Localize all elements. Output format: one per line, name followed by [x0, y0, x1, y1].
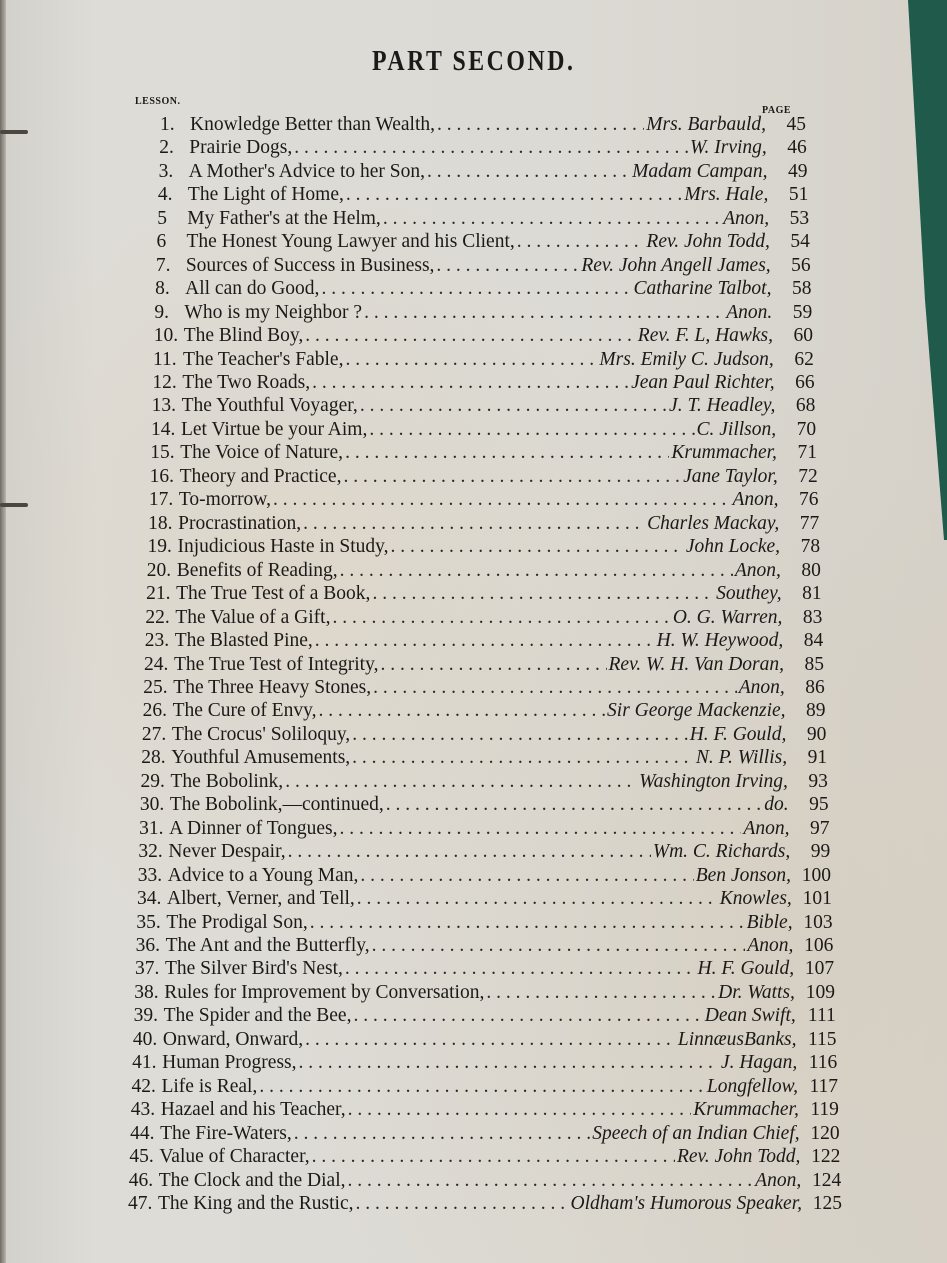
lesson-author: Jean Paul Richter, — [631, 371, 775, 395]
lesson-page-number: 71 — [777, 441, 817, 465]
toc-entry: 41.Human Progress,J. Hagan,116 — [132, 1051, 837, 1075]
lesson-number: 40. — [133, 1028, 163, 1052]
lesson-author: LinnæusBanks, — [678, 1028, 797, 1052]
lesson-title: The Bobolink,—continued, — [170, 793, 384, 817]
lesson-number: 36. — [136, 934, 166, 958]
toc-entry: 1.Knowledge Better than Wealth,Mrs. Barb… — [160, 113, 806, 137]
lesson-title: The Ant and the Butterfly, — [166, 934, 370, 958]
toc-entry: 14.Let Virtue be your Aim,C. Jillson,70 — [151, 418, 816, 442]
toc-entry: 2.Prairie Dogs,W. Irving,46 — [159, 136, 806, 160]
lesson-author: Rev. F. L, Hawks, — [638, 324, 773, 348]
lesson-author: J. Hagan, — [721, 1051, 797, 1075]
dot-leader — [310, 911, 745, 935]
lesson-author: Dr. Watts, — [718, 981, 795, 1005]
lesson-page-number: 83 — [782, 606, 822, 630]
lesson-number: 9. — [154, 301, 184, 325]
lesson-title: The Fire-Waters, — [160, 1122, 292, 1146]
lesson-author: Wm. C. Richards, — [653, 840, 790, 864]
toc-entry: 16.Theory and Practice,Jane Taylor,72 — [150, 465, 818, 489]
lesson-author: Anon, — [732, 488, 778, 512]
lesson-number: 8. — [155, 277, 185, 301]
lesson-number: 28. — [141, 746, 171, 770]
lesson-number: 18. — [148, 512, 178, 536]
toc-entry: 46.The Clock and the Dial,Anon,124 — [129, 1169, 842, 1193]
lesson-title: Advice to a Young Man, — [168, 864, 359, 888]
lesson-number: 37. — [135, 957, 165, 981]
lesson-page-number: 101 — [792, 887, 832, 911]
toc-entry: 24.The True Test of Integrity,Rev. W. H.… — [144, 653, 824, 677]
dot-leader — [346, 183, 683, 207]
toc-entry: 36.The Ant and the Butterfly,Anon,106 — [136, 934, 834, 958]
lesson-author: Mrs. Barbauld, — [646, 113, 766, 137]
lesson-page-number: 90 — [786, 723, 826, 747]
toc-entry: 6The Honest Young Lawyer and his Client,… — [157, 230, 810, 254]
lesson-title: Injudicious Haste in Study, — [177, 535, 388, 559]
lesson-title: The Value of a Gift, — [175, 606, 330, 630]
lesson-title: To-morrow, — [179, 488, 271, 512]
lesson-title: Theory and Practice, — [180, 465, 342, 489]
dot-leader — [386, 793, 763, 817]
toc-entry: 40.Onward, Onward,LinnæusBanks,115 — [133, 1028, 837, 1052]
lesson-author: Mrs. Hale, — [684, 183, 768, 207]
lesson-page-number: 103 — [793, 911, 833, 935]
lesson-title: The Voice of Nature, — [180, 441, 343, 465]
toc-entry: 29.The Bobolink,Washington Irving,93 — [141, 770, 828, 794]
lesson-title: My Father's at the Helm, — [187, 207, 381, 231]
lesson-title: The Silver Bird's Nest, — [165, 957, 343, 981]
lesson-author: Southey, — [716, 582, 782, 606]
toc-entry: 30.The Bobolink,—continued,do.95 — [140, 793, 829, 817]
dot-leader — [373, 676, 737, 700]
lesson-page-number: 100 — [791, 864, 831, 888]
dot-leader — [352, 723, 688, 747]
lesson-number: 20. — [147, 559, 177, 583]
toc-entry: 17.To-morrow,Anon,76 — [149, 488, 819, 512]
lesson-author: John Locke, — [686, 535, 780, 559]
lesson-number: 4. — [158, 183, 188, 207]
toc-entry: 31.A Dinner of Tongues,Anon,97 — [139, 817, 829, 841]
lesson-page-number: 119 — [799, 1098, 839, 1122]
toc-entry: 43.Hazael and his Teacher,Krummacher,119 — [131, 1098, 839, 1122]
lesson-author: Krummacher, — [693, 1098, 799, 1122]
lesson-page-number: 111 — [796, 1004, 836, 1028]
toc-entry: 34.Albert, Verner, and Tell,Knowles,101 — [137, 887, 832, 911]
toc-entry: 22.The Value of a Gift,O. G. Warren,83 — [145, 606, 822, 630]
lesson-title: Who is my Neighbor ? — [184, 301, 362, 325]
lesson-number: 16. — [150, 465, 180, 489]
lesson-page-number: 56 — [771, 254, 811, 278]
lesson-page-number: 76 — [779, 488, 819, 512]
lesson-page-number: 46 — [767, 136, 807, 160]
lesson-author: Charles Mackay, — [647, 512, 779, 536]
dot-leader — [259, 1075, 705, 1099]
lesson-number: 19. — [147, 535, 177, 559]
lesson-title: Let Virtue be your Aim, — [181, 418, 367, 442]
lesson-title: Youthful Amusements, — [171, 746, 350, 770]
lesson-number: 32. — [138, 840, 168, 864]
lesson-title: The Cure of Envy, — [173, 699, 317, 723]
lesson-number: 44. — [130, 1122, 160, 1146]
lesson-author: Ben Jonson, — [696, 864, 791, 888]
lesson-title: A Dinner of Tongues, — [169, 817, 337, 841]
lesson-page-number: 59 — [772, 301, 812, 325]
lesson-author: Washington Irving, — [639, 770, 788, 794]
lesson-number: 17. — [149, 488, 179, 512]
toc-entry: 8.All can do Good,Catharine Talbot,58 — [155, 277, 811, 301]
dot-leader — [353, 1004, 702, 1028]
dot-leader — [318, 699, 605, 723]
lesson-page-number: 99 — [790, 840, 830, 864]
lesson-number: 5 — [157, 207, 187, 231]
lesson-page-number: 115 — [797, 1028, 837, 1052]
dot-leader — [294, 136, 688, 160]
lesson-number: 42. — [131, 1075, 161, 1099]
lesson-title: The Honest Young Lawyer and his Client, — [187, 230, 515, 254]
lesson-number: 15. — [150, 441, 180, 465]
toc-entry: 12.The Two Roads,Jean Paul Richter,66 — [152, 371, 814, 395]
toc-entry: 7.Sources of Success in Business,Rev. Jo… — [156, 254, 811, 278]
toc-entry: 9.Who is my Neighbor ?Anon.59 — [154, 301, 812, 325]
lesson-number: 45. — [129, 1145, 159, 1169]
dot-leader — [360, 394, 667, 418]
lesson-page-number: 95 — [789, 793, 829, 817]
toc-entry: 44.The Fire-Waters,Speech of an Indian C… — [130, 1122, 840, 1146]
lesson-number: 7. — [156, 254, 186, 278]
lesson-page-number: 97 — [789, 817, 829, 841]
lesson-page-number: 58 — [771, 277, 811, 301]
lesson-author: O. G. Warren, — [673, 606, 783, 630]
lesson-title: Benefits of Reading, — [177, 559, 338, 583]
lesson-title: Knowledge Better than Wealth, — [190, 113, 435, 137]
lesson-number: 31. — [139, 817, 169, 841]
toc-entry: 19.Injudicious Haste in Study,John Locke… — [147, 535, 820, 559]
lesson-author: W. Irving, — [690, 136, 767, 160]
lesson-author: Anon, — [723, 207, 769, 231]
dot-leader — [294, 1122, 591, 1146]
toc-entry: 35.The Prodigal Son,Bible,103 — [136, 911, 832, 935]
lesson-title: The Three Heavy Stones, — [173, 676, 371, 700]
dot-leader — [312, 1145, 675, 1169]
toc-entry: 32.Never Despair,Wm. C. Richards,99 — [138, 840, 830, 864]
dot-leader — [348, 1098, 692, 1122]
lesson-page-number: 66 — [775, 371, 815, 395]
lesson-page-number: 60 — [773, 324, 813, 348]
toc-entry: 5My Father's at the Helm,Anon,53 — [157, 207, 809, 231]
lesson-author: Anon, — [755, 1169, 801, 1193]
lesson-title: The Clock and the Dial, — [159, 1169, 346, 1193]
lesson-number: 30. — [140, 793, 170, 817]
dot-leader — [383, 207, 721, 231]
dot-leader — [360, 864, 693, 888]
dot-leader — [339, 817, 741, 841]
lesson-number: 43. — [131, 1098, 161, 1122]
lesson-title: All can do Good, — [185, 277, 319, 301]
dot-leader — [315, 629, 655, 653]
lesson-title: Value of Character, — [159, 1145, 309, 1169]
lesson-page-number: 91 — [787, 746, 827, 770]
lesson-title: The Blasted Pine, — [175, 629, 313, 653]
dot-leader — [364, 301, 724, 325]
lesson-title: A Mother's Advice to her Son, — [189, 160, 425, 184]
lesson-page-number: 53 — [769, 207, 809, 231]
dot-leader — [345, 441, 669, 465]
dot-leader — [273, 488, 730, 512]
toc-entry: 33.Advice to a Young Man,Ben Jonson,100 — [138, 864, 831, 888]
lesson-author: Anon, — [743, 817, 789, 841]
lesson-title: Life is Real, — [161, 1075, 257, 1099]
lesson-number: 23. — [145, 629, 175, 653]
dot-leader — [352, 746, 694, 770]
dot-leader — [332, 606, 670, 630]
lesson-page-number: 68 — [775, 394, 815, 418]
lesson-author: Anon, — [735, 559, 781, 583]
toc-entry: 47.The King and the Rustic,Oldham's Humo… — [128, 1192, 842, 1216]
lesson-number: 21. — [146, 582, 176, 606]
dot-leader — [391, 535, 684, 559]
toc-entry: 11.The Teacher's Fable,Mrs. Emily C. Jud… — [153, 348, 814, 372]
lesson-number: 46. — [129, 1169, 159, 1193]
lesson-title: Procrastination, — [178, 512, 301, 536]
dot-leader — [343, 465, 681, 489]
lesson-author: Sir George Mackenzie, — [607, 699, 786, 723]
dot-leader — [321, 277, 631, 301]
lesson-title: The Spider and the Bee, — [164, 1004, 352, 1028]
lesson-author: Speech of an Indian Chief, — [592, 1122, 799, 1146]
lesson-page-number: 84 — [783, 629, 823, 653]
lesson-title: The Blind Boy, — [184, 324, 304, 348]
lesson-page-number: 80 — [781, 559, 821, 583]
lesson-author: Rev. John Angell James, — [581, 254, 770, 278]
dot-leader — [340, 559, 733, 583]
dot-leader — [312, 371, 629, 395]
lesson-number: 29. — [141, 770, 171, 794]
dot-leader — [305, 324, 636, 348]
lesson-author: Rev. John Todd, — [646, 230, 769, 254]
table-of-contents: 1.Knowledge Better than Wealth,Mrs. Barb… — [0, 0, 947, 1263]
toc-entry: 10.The Blind Boy,Rev. F. L, Hawks,60 — [154, 324, 813, 348]
lesson-title: The Bobolink, — [171, 770, 284, 794]
lesson-author: Bible, — [747, 911, 793, 935]
dot-leader — [288, 840, 651, 864]
toc-entry: 39.The Spider and the Bee,Dean Swift,111 — [134, 1004, 836, 1028]
lesson-author: H. F. Gould, — [690, 723, 787, 747]
lesson-title: Human Progress, — [162, 1051, 296, 1075]
lesson-number: 35. — [136, 911, 166, 935]
toc-entry: 3.A Mother's Advice to her Son,Madam Cam… — [159, 160, 808, 184]
lesson-number: 13. — [152, 394, 182, 418]
lesson-title: Onward, Onward, — [163, 1028, 303, 1052]
dot-leader — [517, 230, 645, 254]
lesson-author: Rev. John Todd, — [677, 1145, 800, 1169]
dot-leader — [345, 348, 597, 372]
lesson-page-number: 45 — [766, 113, 806, 137]
lesson-page-number: 70 — [776, 418, 816, 442]
lesson-author: J. T. Headley, — [669, 394, 775, 418]
dot-leader — [357, 887, 718, 911]
lesson-page-number: 116 — [797, 1051, 837, 1075]
dot-leader — [436, 254, 579, 278]
lesson-number: 3. — [159, 160, 189, 184]
toc-entry: 4.The Light of Home,Mrs. Hale,51 — [158, 183, 808, 207]
lesson-page-number: 122 — [800, 1145, 840, 1169]
lesson-number: 12. — [152, 371, 182, 395]
lesson-title: Never Despair, — [168, 840, 285, 864]
lesson-author: C. Jillson, — [697, 418, 777, 442]
lesson-author: Jane Taylor, — [683, 465, 778, 489]
toc-entry: 21.The True Test of a Book,Southey,81 — [146, 582, 822, 606]
lesson-author: Rev. W. H. Van Doran, — [609, 653, 784, 677]
lesson-page-number: 120 — [800, 1122, 840, 1146]
lesson-author: H. F. Gould, — [698, 957, 795, 981]
lesson-author: Longfellow, — [707, 1075, 798, 1099]
dot-leader — [486, 981, 716, 1005]
lesson-title: The Crocus' Soliloquy, — [172, 723, 350, 747]
lesson-title: The True Test of Integrity, — [174, 653, 378, 677]
toc-entry: 20.Benefits of Reading,Anon,80 — [147, 559, 821, 583]
lesson-number: 38. — [134, 981, 164, 1005]
lesson-number: 2. — [159, 136, 189, 160]
lesson-number: 27. — [142, 723, 172, 747]
lesson-number: 14. — [151, 418, 181, 442]
lesson-page-number: 51 — [768, 183, 808, 207]
lesson-page-number: 93 — [788, 770, 828, 794]
lesson-number: 10. — [154, 324, 184, 348]
lesson-number: 24. — [144, 653, 174, 677]
dot-leader — [285, 770, 637, 794]
toc-entry: 45.Value of Character,Rev. John Todd,122 — [129, 1145, 840, 1169]
toc-entry: 18.Procrastination,Charles Mackay,77 — [148, 512, 819, 536]
dot-leader — [356, 1192, 569, 1216]
lesson-number: 41. — [132, 1051, 162, 1075]
dot-leader — [305, 1028, 676, 1052]
lesson-author: Dean Swift, — [705, 1004, 796, 1028]
lesson-page-number: 106 — [793, 934, 833, 958]
dot-leader — [369, 418, 694, 442]
lesson-page-number: 54 — [770, 230, 810, 254]
lesson-number: 25. — [143, 676, 173, 700]
lesson-author: H. W. Heywood, — [657, 629, 784, 653]
lesson-author: Knowles, — [720, 887, 792, 911]
lesson-page-number: 107 — [794, 957, 834, 981]
lesson-title: The True Test of a Book, — [176, 582, 370, 606]
lesson-title: The Two Roads, — [182, 371, 310, 395]
toc-entry: 27.The Crocus' Soliloquy,H. F. Gould,90 — [142, 723, 826, 747]
dot-leader — [427, 160, 630, 184]
dot-leader — [345, 957, 696, 981]
lesson-title: Sources of Success in Business, — [186, 254, 435, 278]
lesson-number: 11. — [153, 348, 183, 372]
lesson-author: do. — [764, 793, 788, 817]
lesson-page-number: 86 — [785, 676, 825, 700]
lesson-number: 33. — [138, 864, 168, 888]
toc-entry: 15.The Voice of Nature,Krummacher,71 — [150, 441, 817, 465]
lesson-author: Catharine Talbot, — [633, 277, 771, 301]
lesson-page-number: 72 — [778, 465, 818, 489]
dot-leader — [303, 512, 645, 536]
lesson-title: The Prodigal Son, — [166, 911, 307, 935]
lesson-page-number: 117 — [798, 1075, 838, 1099]
lesson-author: N. P. Willis, — [696, 746, 787, 770]
lesson-author: Anon. — [726, 301, 772, 325]
toc-entry: 37.The Silver Bird's Nest,H. F. Gould,10… — [135, 957, 834, 981]
lesson-page-number: 62 — [774, 348, 814, 372]
dot-leader — [299, 1051, 719, 1075]
lesson-author: Krummacher, — [671, 441, 777, 465]
lesson-title: Prairie Dogs, — [189, 136, 292, 160]
toc-entry: 42.Life is Real,Longfellow,117 — [131, 1075, 838, 1099]
lesson-title: The Teacher's Fable, — [183, 348, 343, 372]
lesson-title: The Youthful Voyager, — [182, 394, 358, 418]
toc-entry: 38.Rules for Improvement by Conversation… — [134, 981, 835, 1005]
toc-entry: 26.The Cure of Envy,Sir George Mackenzie… — [143, 699, 826, 723]
lesson-author: Mrs. Emily C. Judson, — [599, 348, 773, 372]
dot-leader — [348, 1169, 754, 1193]
dot-leader — [372, 582, 714, 606]
lesson-author: Anon, — [739, 676, 785, 700]
toc-entry: 13.The Youthful Voyager,J. T. Headley,68 — [152, 394, 816, 418]
lesson-number: 34. — [137, 887, 167, 911]
lesson-author: Madam Campan, — [632, 160, 767, 184]
dot-leader — [372, 934, 746, 958]
lesson-title: Albert, Verner, and Tell, — [167, 887, 355, 911]
dot-leader — [437, 113, 644, 137]
lesson-author: Oldham's Humorous Speaker, — [571, 1192, 802, 1216]
lesson-number: 39. — [134, 1004, 164, 1028]
lesson-author: Anon, — [747, 934, 793, 958]
lesson-number: 6 — [157, 230, 187, 254]
lesson-page-number: 78 — [780, 535, 820, 559]
lesson-page-number: 81 — [782, 582, 822, 606]
lesson-title: Rules for Improvement by Conversation, — [164, 981, 484, 1005]
toc-entry: 25.The Three Heavy Stones,Anon,86 — [143, 676, 824, 700]
lesson-title: Hazael and his Teacher, — [161, 1098, 346, 1122]
lesson-page-number: 85 — [784, 653, 824, 677]
lesson-title: The King and the Rustic, — [158, 1192, 354, 1216]
lesson-number: 47. — [128, 1192, 158, 1216]
lesson-page-number: 77 — [779, 512, 819, 536]
lesson-number: 1. — [160, 113, 190, 137]
lesson-page-number: 49 — [768, 160, 808, 184]
toc-entry: 23.The Blasted Pine,H. W. Heywood,84 — [145, 629, 824, 653]
lesson-page-number: 89 — [786, 699, 826, 723]
lesson-number: 22. — [145, 606, 175, 630]
lesson-page-number: 125 — [802, 1192, 842, 1216]
lesson-number: 26. — [143, 699, 173, 723]
lesson-page-number: 109 — [795, 981, 835, 1005]
lesson-title: The Light of Home, — [188, 183, 344, 207]
toc-entry: 28.Youthful Amusements,N. P. Willis,91 — [141, 746, 827, 770]
dot-leader — [380, 653, 606, 677]
lesson-page-number: 124 — [801, 1169, 841, 1193]
